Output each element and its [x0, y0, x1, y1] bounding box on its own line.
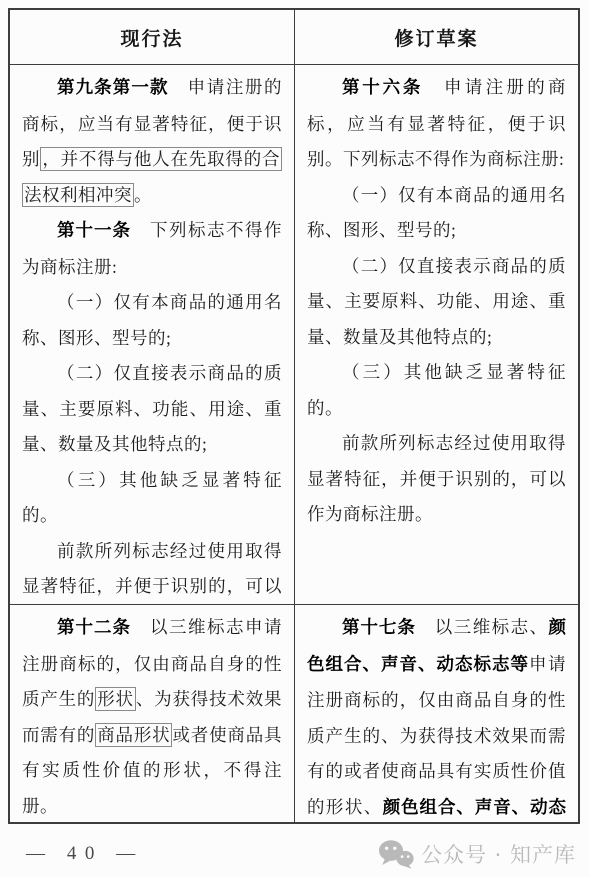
bold-text: 第九条第一款	[57, 78, 169, 98]
text-segment: 。	[134, 185, 152, 205]
text-segment: （一）仅有本商品的通用名称、图形、型号的;	[307, 185, 566, 241]
paragraph: （一）仅有本商品的通用名称、图形、型号的;	[307, 178, 566, 249]
boxed-change-text: 商品形状	[95, 723, 172, 747]
text-segment: 前款所列标志经过使用取得显著特征，并便于识别的，可以作为商标注册。	[307, 433, 566, 524]
boxed-change-text: 形状	[95, 687, 136, 711]
paragraph: 第十一条 下列标志不得作为商标注册:	[22, 213, 282, 285]
text-segment: （三）其他缺乏显著特征的。	[22, 470, 282, 526]
paragraph: （二）仅直接表示商品的质量、主要原料、功能、用途、重量、数量及其他特点的;	[307, 249, 566, 356]
paragraph: 第十二条 以三维标志申请注册商标的，仅由商品自身的性质产生的形状、为获得技术效果…	[22, 610, 282, 822]
paragraph: 第九条第一款 申请注册的商标，应当有显著特征，便于识别，并不得与他人在先取得的合…	[22, 70, 282, 213]
paragraph: （三）其他缺乏显著特征的。	[22, 463, 282, 534]
text-segment: （一）仅有本商品的通用名称、图形、型号的;	[22, 292, 282, 348]
text-segment: （二）仅直接表示商品的质量、主要原料、功能、用途、重量、数量及其他特点的;	[22, 363, 282, 454]
bold-text: 第十二条	[57, 618, 131, 638]
paragraph: （二）仅直接表示商品的质量、主要原料、功能、用途、重量、数量及其他特点的;	[22, 356, 282, 463]
cell-row2-current-law: 第十二条 以三维标志申请注册商标的，仅由商品自身的性质产生的形状、为获得技术效果…	[10, 604, 294, 822]
bold-text: 第十七条	[342, 618, 416, 638]
boxed-change-text: ，并不得与他人在先取得的合法权利相冲突	[22, 147, 282, 207]
text-segment: （二）仅直接表示商品的质量、主要原料、功能、用途、重量、数量及其他特点的;	[307, 256, 566, 347]
header-cell-revision-draft: 修订草案	[294, 10, 578, 64]
page-number: — 40 —	[26, 843, 144, 865]
watermark-text: 公众号 · 知产库	[421, 839, 576, 869]
text-segment: 前款所列标志经过使用取得显著特征，并便于识别的，可以作为商标注册。	[22, 541, 282, 605]
paragraph: 第十六条 申请注册的商标，应当有显著特征，便于识别。下列标志不得作为商标注册:	[307, 70, 566, 178]
header-cell-current-law: 现行法	[10, 10, 294, 64]
bold-text: 第十一条	[57, 221, 131, 241]
cell-row1-current-law: 第九条第一款 申请注册的商标，应当有显著特征，便于识别，并不得与他人在先取得的合…	[10, 64, 294, 604]
text-segment: （三）其他缺乏显著特征的。	[307, 362, 566, 418]
page-footer: — 40 — 公众号 · 知产库	[26, 838, 576, 870]
text-segment: 以三维标志、	[416, 617, 549, 637]
watermark: 公众号 · 知产库	[378, 839, 576, 869]
text-segment: 申请注册商标的，仅由商品自身的性质产生的、为获得技术效果而需有的或者使商品具有实…	[307, 654, 566, 817]
paragraph: （一）仅有本商品的通用名称、图形、型号的;	[22, 285, 282, 356]
law-comparison-table: 现行法 修订草案 第九条第一款 申请注册的商标，应当有显著特征，便于识别，并不得…	[8, 8, 580, 824]
cell-row1-revision-draft: 第十六条 申请注册的商标，应当有显著特征，便于识别。下列标志不得作为商标注册:（…	[294, 64, 578, 604]
paragraph: 第十七条 以三维标志、颜色组合、声音、动态标志等申请注册商标的，仅由商品自身的性…	[307, 610, 566, 822]
cell-row2-revision-draft: 第十七条 以三维标志、颜色组合、声音、动态标志等申请注册商标的，仅由商品自身的性…	[294, 604, 578, 822]
bold-text: 第十六条	[342, 78, 423, 98]
wechat-icon	[378, 839, 414, 869]
paragraph: 前款所列标志经过使用取得显著特征，并便于识别的，可以作为商标注册。	[307, 426, 566, 533]
paragraph: （三）其他缺乏显著特征的。	[307, 355, 566, 426]
paragraph: 前款所列标志经过使用取得显著特征，并便于识别的，可以作为商标注册。	[22, 534, 282, 605]
